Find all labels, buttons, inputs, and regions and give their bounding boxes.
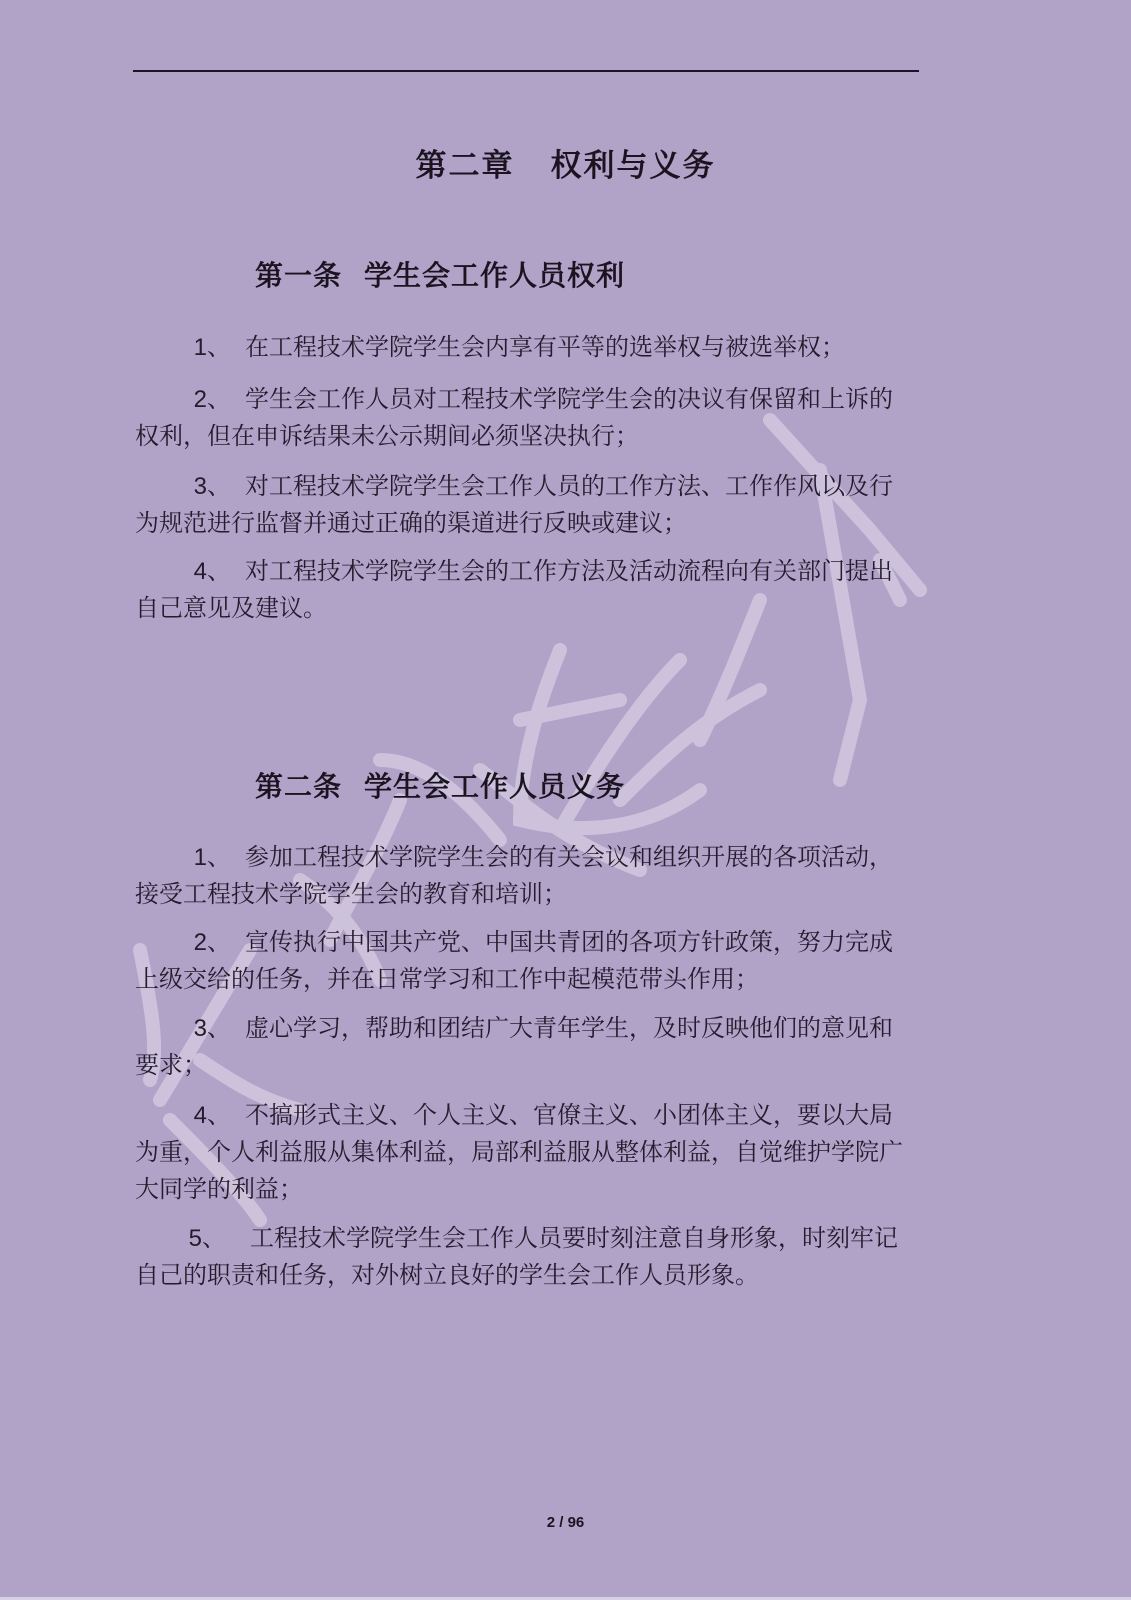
page-number: 2 / 96 bbox=[0, 1514, 1131, 1531]
header-rule bbox=[133, 70, 919, 72]
item-text: 虚心学习，帮助和团结广大青年学生，及时反映他们的意见和要求； bbox=[135, 1014, 893, 1079]
article-name: 学生会工作人员义务 bbox=[364, 770, 625, 803]
article-heading-rights: 第一条学生会工作人员权利 bbox=[255, 254, 625, 294]
item-number: 2、 bbox=[135, 924, 245, 961]
chapter-name: 权利与义务 bbox=[551, 148, 716, 184]
chapter-number: 第二章 bbox=[416, 148, 515, 184]
list-item: 1、在工程技术学院学生会内享有平等的选举权与被选举权； bbox=[135, 329, 905, 366]
item-text: 对工程技术学院学生会工作人员的工作方法、工作作风以及行为规范进行监督并通过正确的… bbox=[135, 472, 893, 537]
list-item: 4、不搞形式主义、个人主义、官僚主义、小团体主义，要以大局为重，个人利益服从集体… bbox=[135, 1097, 905, 1208]
item-text: 在工程技术学院学生会内享有平等的选举权与被选举权； bbox=[245, 333, 845, 361]
list-item: 3、虚心学习，帮助和团结广大青年学生，及时反映他们的意见和要求； bbox=[135, 1010, 905, 1084]
item-number: 3、 bbox=[135, 1010, 245, 1047]
item-text: 学生会工作人员对工程技术学院学生会的决议有保留和上诉的权利，但在申诉结果未公示期… bbox=[135, 385, 893, 450]
item-number: 1、 bbox=[135, 839, 245, 876]
list-item: 2、宣传执行中国共产党、中国共青团的各项方针政策，努力完成上级交给的任务，并在日… bbox=[135, 924, 905, 998]
item-text: 不搞形式主义、个人主义、官僚主义、小团体主义，要以大局为重，个人利益服从集体利益… bbox=[135, 1101, 903, 1203]
article-number: 第一条 bbox=[255, 259, 342, 292]
chapter-title: 第二章权利与义务 bbox=[0, 140, 1131, 185]
item-text: 宣传执行中国共产党、中国共青团的各项方针政策，努力完成上级交给的任务，并在日常学… bbox=[135, 928, 893, 993]
list-item: 3、对工程技术学院学生会工作人员的工作方法、工作作风以及行为规范进行监督并通过正… bbox=[135, 468, 905, 542]
item-text: 工程技术学院学生会工作人员要时刻注意自身形象，时刻牢记自己的职责和任务，对外树立… bbox=[135, 1224, 898, 1289]
item-number: 1、 bbox=[135, 329, 245, 366]
article-heading-duties: 第二条学生会工作人员义务 bbox=[255, 765, 625, 805]
article-name: 学生会工作人员权利 bbox=[364, 259, 625, 292]
list-item: 1、参加工程技术学院学生会的有关会议和组织开展的各项活动，接受工程技术学院学生会… bbox=[135, 839, 905, 913]
article-number: 第二条 bbox=[255, 770, 342, 803]
list-item: 2、学生会工作人员对工程技术学院学生会的决议有保留和上诉的权利，但在申诉结果未公… bbox=[135, 381, 905, 455]
list-item: 5、工程技术学院学生会工作人员要时刻注意自身形象，时刻牢记自己的职责和任务，对外… bbox=[135, 1220, 905, 1294]
item-text: 参加工程技术学院学生会的有关会议和组织开展的各项活动，接受工程技术学院学生会的教… bbox=[135, 843, 893, 908]
item-number: 5、 bbox=[135, 1220, 250, 1257]
item-number: 3、 bbox=[135, 468, 245, 505]
item-text: 对工程技术学院学生会的工作方法及活动流程向有关部门提出自己意见及建议。 bbox=[135, 557, 893, 622]
list-item: 4、对工程技术学院学生会的工作方法及活动流程向有关部门提出自己意见及建议。 bbox=[135, 553, 905, 627]
document-page: 第二章权利与义务 第一条学生会工作人员权利 1、在工程技术学院学生会内享有平等的… bbox=[0, 0, 1131, 1597]
item-number: 2、 bbox=[135, 381, 245, 418]
item-number: 4、 bbox=[135, 1097, 245, 1134]
item-number: 4、 bbox=[135, 553, 245, 590]
